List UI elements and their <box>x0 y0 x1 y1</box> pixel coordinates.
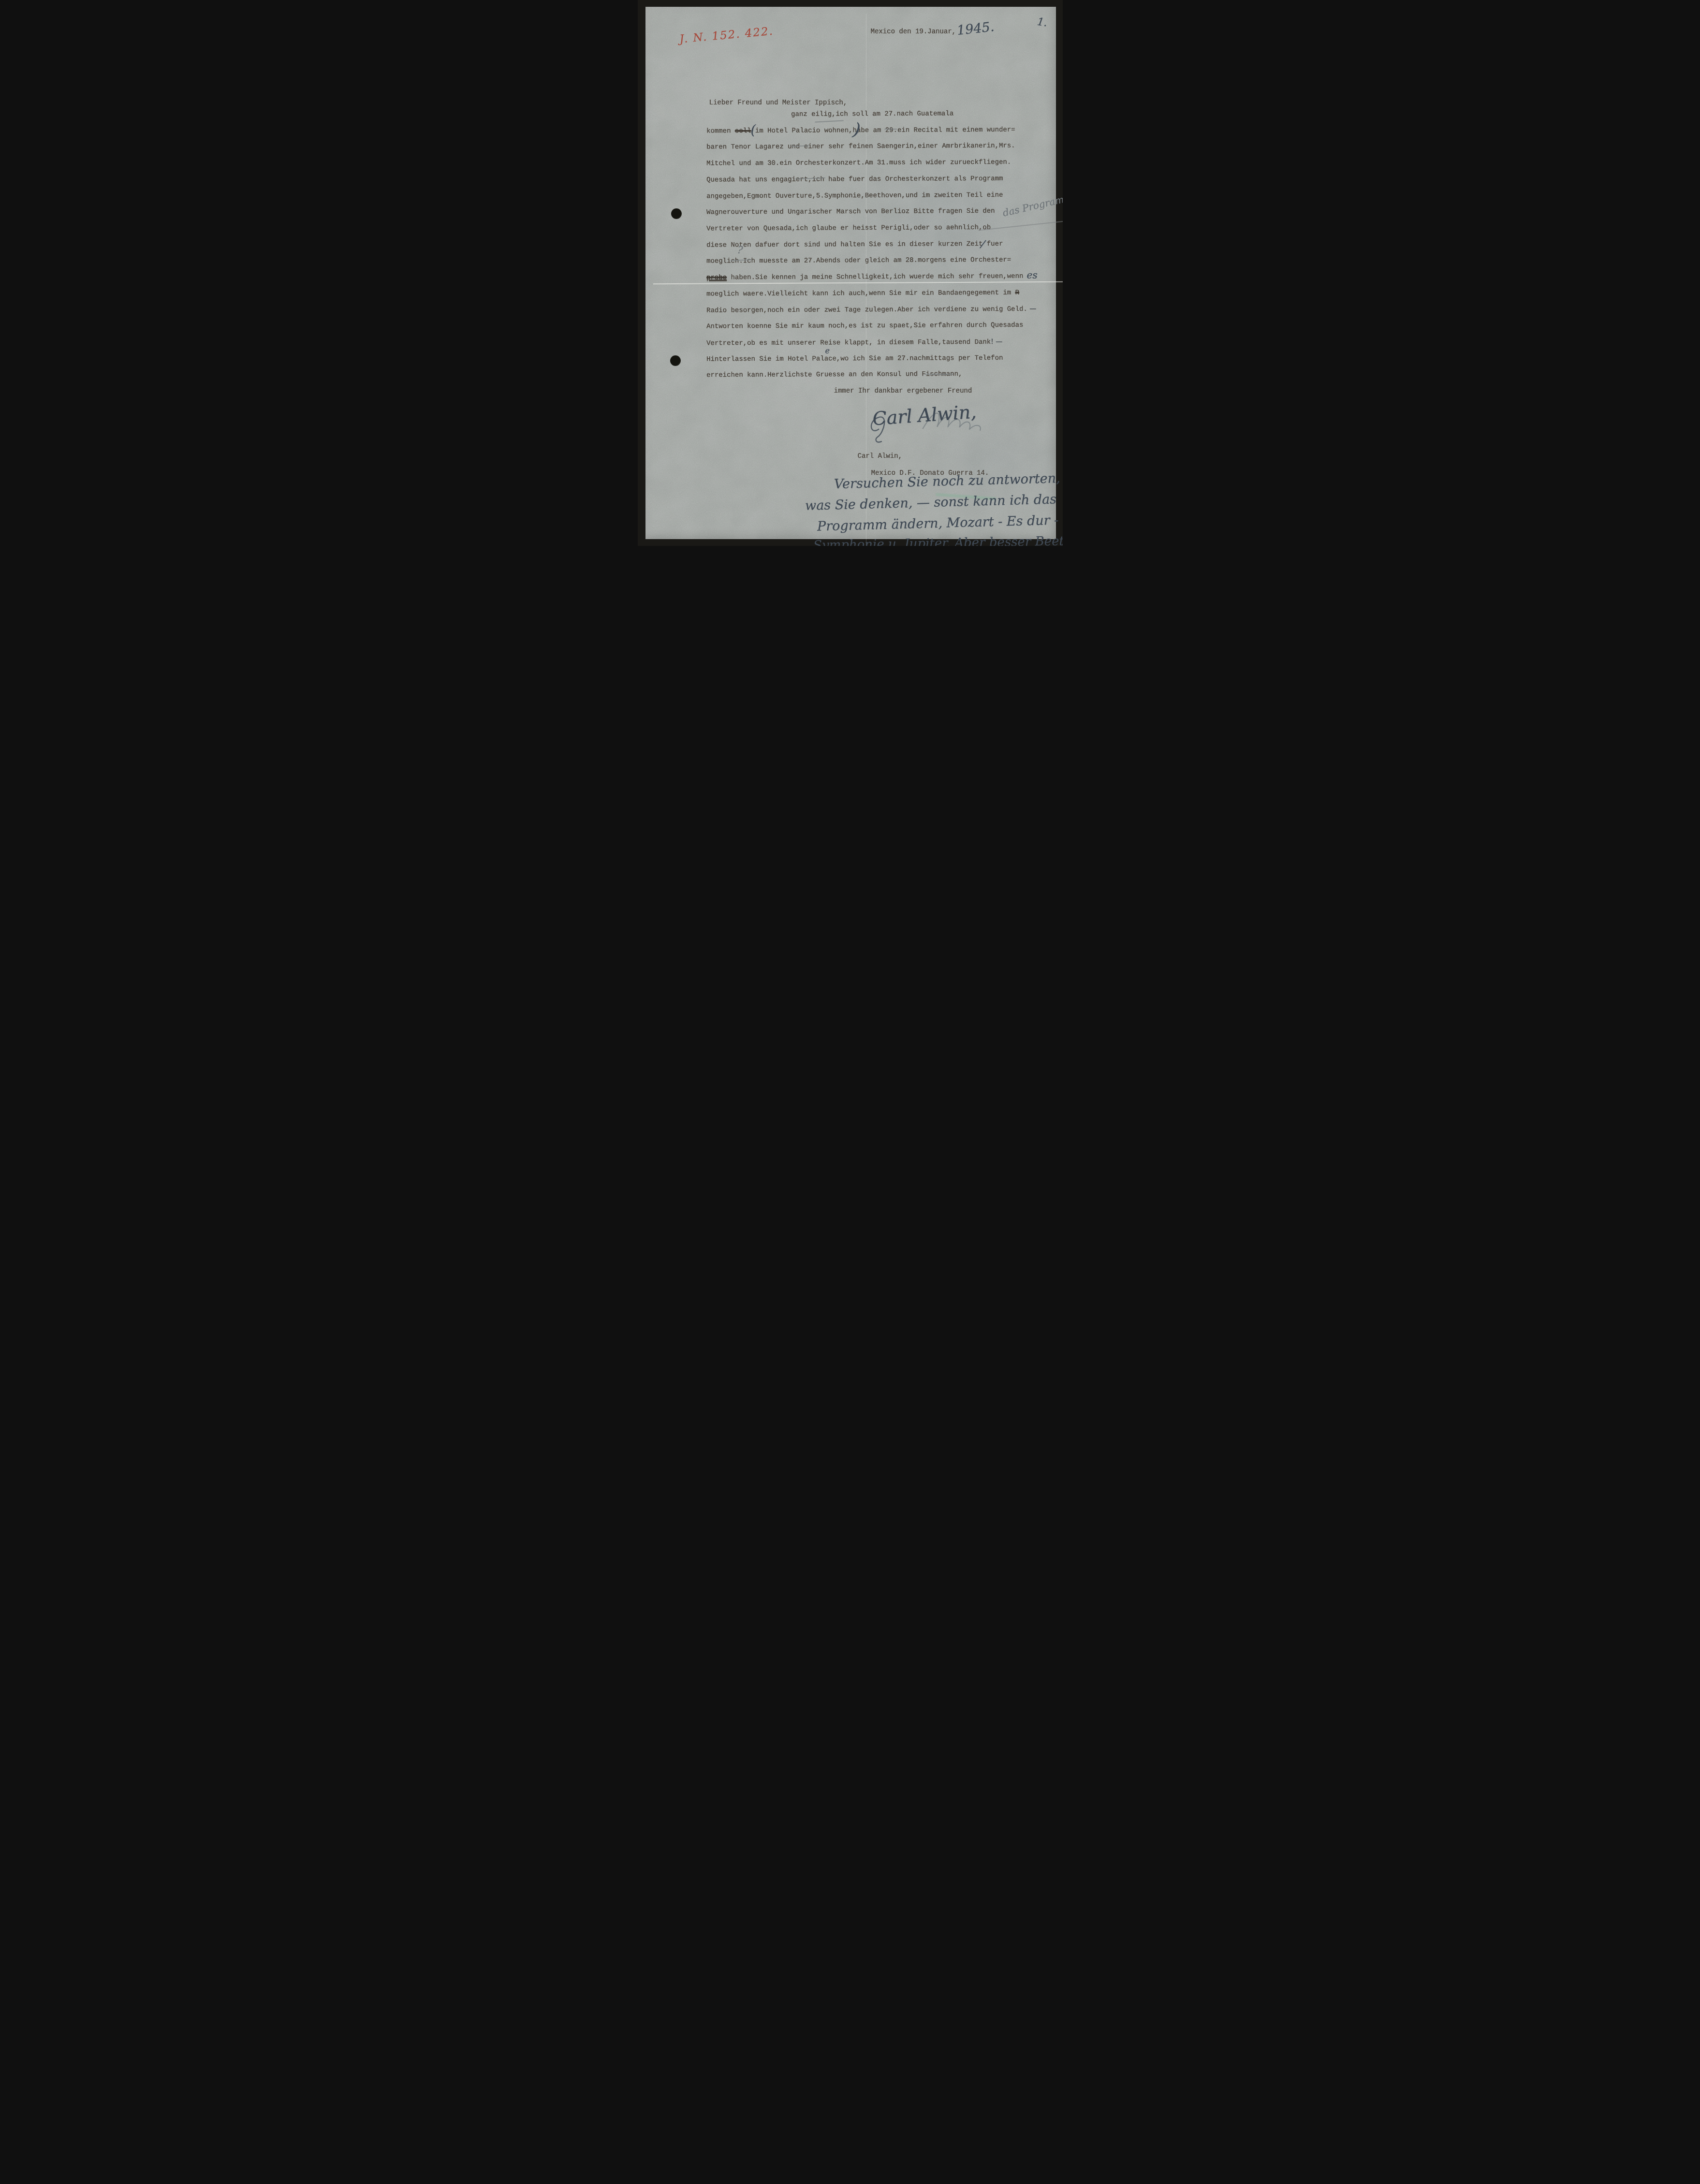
inserted-question-mark: ? <box>736 244 743 256</box>
typed-name: Carl Alwin, <box>858 453 902 460</box>
typed-line-segment: R <box>1015 289 1019 296</box>
signature-block: Carl Alwin, <box>863 393 996 447</box>
typed-line-segment: erreichen kann.Herzlichste Gruesse an de… <box>706 370 962 379</box>
margin-note-das-programm: das Programm <box>1001 191 1063 219</box>
typed-line: moeglich waere.Vielleicht kann ich auch,… <box>706 289 1019 298</box>
typed-line: baren Tenor Lagarez und einer sehr feine… <box>706 142 1015 151</box>
closing-line: immer Ihr dankbar ergebener Freund <box>834 387 972 395</box>
typed-line: erreichen kann.Herzlichste Gruesse an de… <box>706 370 962 379</box>
typed-line: Wagnerouverture und Ungarischer Marsch v… <box>706 207 995 217</box>
typed-line-segment: kommen <box>706 127 734 135</box>
horizontal-fold-crease <box>653 281 1063 284</box>
typed-line: Vertreter von Quesada,ich glaube er heis… <box>706 224 990 233</box>
typed-line-segment: Radio besorgen,noch ein oder zwei Tage z… <box>706 306 1027 315</box>
underline-fischmann <box>925 374 953 375</box>
typed-line-segment: moeglich.Ich muesste am 27.Abends oder g… <box>706 256 1011 265</box>
typed-line-segment: diese Noten dafuer dort sind und halten … <box>706 240 1002 249</box>
inserted-word-es: es <box>1027 269 1038 281</box>
inserted-letter-e: e <box>825 346 830 355</box>
typed-line-segment: Hinterlassen Sie im Hotel Palace,wo ich … <box>706 354 1002 363</box>
typed-line: ganz eilig,ich soll am 27.nach Guatemala <box>791 110 953 118</box>
underline-27 <box>884 129 897 130</box>
typed-line-segment: angegeben,Egmont Ouverture,5.Symphonie,B… <box>706 191 1002 200</box>
postscript-line: Versuchen Sie noch zu antworten, <box>834 471 1060 492</box>
typed-line: Vertreter,ob es mit unserer Reise klappt… <box>706 337 1002 347</box>
typed-line-segment: Wagnerouverture und Ungarischer Marsch v… <box>706 207 995 217</box>
typed-line: Radio besorgen,noch ein oder zwei Tage z… <box>706 305 1036 315</box>
typed-line: probe haben.Sie kennen ja meine Schnelli… <box>706 273 1023 282</box>
typed-line-segment: Antworten koenne Sie mir kaum noch,es is… <box>706 322 1023 331</box>
underline-ippisch <box>814 120 843 122</box>
dateline-year-handwritten: 1945. <box>956 19 995 38</box>
typed-line-segment: ganz eilig,ich soll am 27.nach Guatemala <box>791 110 953 118</box>
page-number: 1. <box>1036 16 1048 29</box>
typed-line-segment: im Hotel Palacio wohnen,habe am 29.ein R… <box>751 126 1015 134</box>
typed-line-segment: haben.Sie kennen ja meine Schnelligkeit,… <box>726 273 1023 282</box>
typed-line: Mitchel und am 30.ein Orchesterkonzert.A… <box>706 159 1011 168</box>
typed-line-segment: moeglich waere.Vielleicht kann ich auch,… <box>706 289 1015 298</box>
typed-line-segment: Mitchel und am 30.ein Orchesterkonzert.A… <box>706 159 1011 168</box>
typed-line-segment: Quesada hat uns engagiert,ich habe fuer … <box>706 175 1002 184</box>
typed-line: moeglich.Ich muesste am 27.Abends oder g… <box>706 256 1011 265</box>
inserted-paren-open: ( <box>751 123 756 138</box>
inserted-paren-close: ) <box>851 119 862 140</box>
typed-line-segment: ! — <box>991 337 1002 345</box>
typed-line: Quesada hat uns engagiert,ich habe fuer … <box>706 175 1002 184</box>
dateline-typed: Mexico den 19.Januar, <box>871 28 956 36</box>
typed-line-segment: soll <box>734 127 751 135</box>
postscript-line: was Sie denken, — sonst kann ich das <box>805 492 1056 513</box>
punch-hole-bottom <box>670 355 681 366</box>
letter-paper: J. N. 152. 422. Mexico den 19.Januar, 19… <box>645 7 1056 539</box>
typed-line: Antworten koenne Sie mir kaum noch,es is… <box>706 322 1023 331</box>
typed-line-segment: baren Tenor Lagarez und einer sehr feine… <box>706 142 1015 151</box>
typed-line: Hinterlassen Sie im Hotel Palace,wo ich … <box>706 354 1002 363</box>
postscript-line: Programm ändern, Mozart - Es dur - <box>817 513 1058 534</box>
salutation: Lieber Freund und Meister Ippisch, <box>709 99 848 107</box>
typed-line: angegeben,Egmont Ouverture,5.Symphonie,B… <box>706 191 1002 200</box>
scanned-letter-page: J. N. 152. 422. Mexico den 19.Januar, 19… <box>638 0 1063 546</box>
typed-line-segment: probe <box>706 274 726 281</box>
typed-line: diese Noten dafuer dort sind und halten … <box>706 240 1002 249</box>
typed-line-segment: Vertreter,ob es mit unserer Reise klappt… <box>706 338 990 348</box>
typed-line-segment: — <box>1027 305 1036 313</box>
postscript-line: Symphonie u. Jupiter. Aber besser Beetho… <box>813 533 1062 546</box>
archive-number: J. N. 152. 422. <box>679 25 774 46</box>
typed-line-segment: Vertreter von Quesada,ich glaube er heis… <box>706 224 990 233</box>
punch-hole-top <box>671 208 682 219</box>
